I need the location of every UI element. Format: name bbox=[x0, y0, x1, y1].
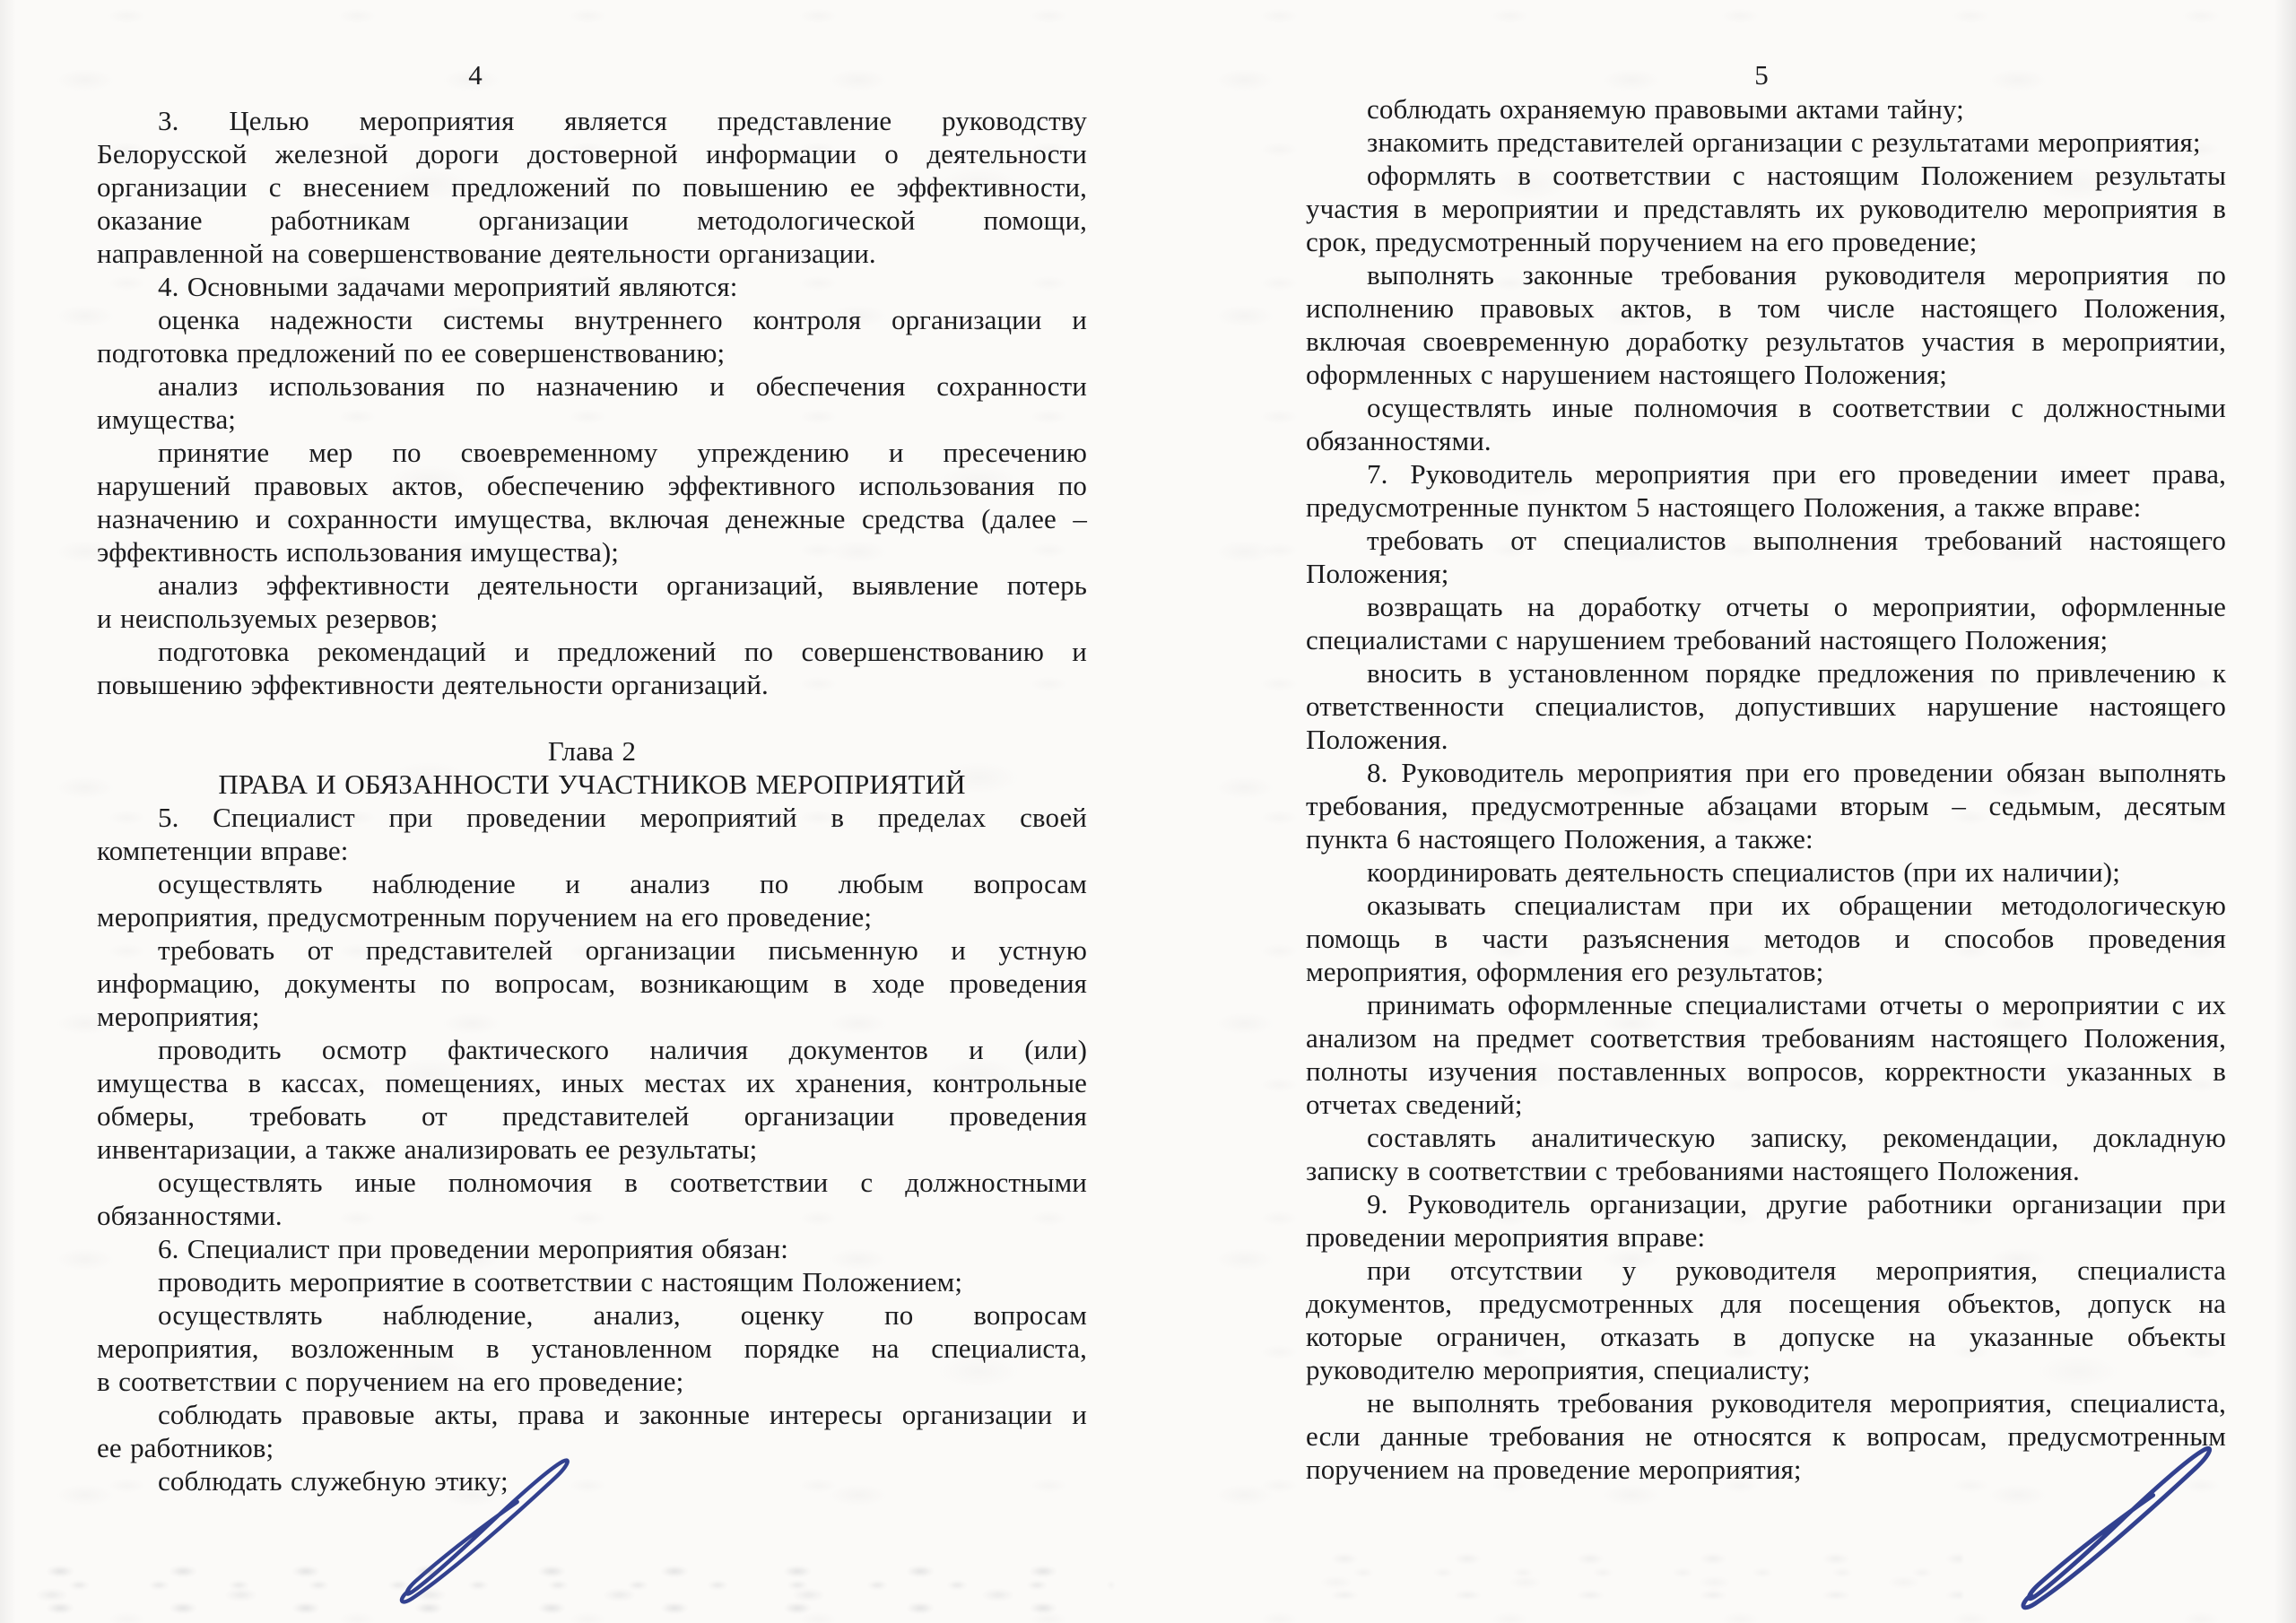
text-line: Положения. bbox=[1306, 723, 2226, 756]
text-line: документов, предусмотренных для посещени… bbox=[1306, 1287, 2226, 1320]
text-line: не выполнять требования руководителя мер… bbox=[1306, 1386, 2226, 1419]
text-line: участия в мероприятии и представлять их … bbox=[1306, 192, 2226, 225]
text-line: поручением на проведение мероприятия; bbox=[1306, 1453, 2226, 1486]
text-line: мероприятия; bbox=[97, 1000, 1087, 1033]
text-line: полноты изучения поставленных вопросов, … bbox=[1306, 1055, 2226, 1088]
text-line: 6. Специалист при проведении мероприятия… bbox=[97, 1232, 1087, 1265]
text-line: возвращать на доработку отчеты о меропри… bbox=[1306, 590, 2226, 623]
text-line: пункта 6 настоящего Положения, а также: bbox=[1306, 822, 2226, 855]
text-line: анализ использования по назначению и обе… bbox=[97, 369, 1087, 403]
text-line: информацию, документы по вопросам, возни… bbox=[97, 967, 1087, 1000]
text-line: осуществлять иные полномочия в соответст… bbox=[1306, 391, 2226, 424]
text-line: обязанностями. bbox=[97, 1199, 1087, 1232]
text-line: мероприятия, оформления его результатов; bbox=[1306, 955, 2226, 988]
text-line: отчетах сведений; bbox=[1306, 1088, 2226, 1121]
text-line: подготовка предложений по ее совершенств… bbox=[97, 336, 1087, 369]
text-line: требовать от представителей организации … bbox=[97, 933, 1087, 967]
text-line: выполнять законные требования руководите… bbox=[1306, 258, 2226, 291]
text-line: ее работников; bbox=[97, 1431, 1087, 1464]
blank-line bbox=[97, 701, 1087, 734]
text-line: при отсутствии у руководителя мероприяти… bbox=[1306, 1254, 2226, 1287]
page-5-text-block: соблюдать охраняемую правовыми актами та… bbox=[1306, 92, 2226, 1486]
text-line: соблюдать служебную этику; bbox=[97, 1464, 1087, 1497]
heading-line: ПРАВА И ОБЯЗАННОСТИ УЧАСТНИКОВ МЕРОПРИЯТ… bbox=[97, 768, 1087, 801]
text-line: осуществлять наблюдение, анализ, оценку … bbox=[97, 1298, 1087, 1332]
text-line: 7. Руководитель мероприятия при его пров… bbox=[1306, 457, 2226, 490]
text-line: срок, предусмотренный поручением на его … bbox=[1306, 225, 2226, 258]
text-line: анализ эффективности деятельности органи… bbox=[97, 568, 1087, 602]
text-line: оценка надежности системы внутреннего ко… bbox=[97, 303, 1087, 336]
text-line: оформлять в соответствии с настоящим Пол… bbox=[1306, 159, 2226, 192]
text-line: назначению и сохранности имущества, вклю… bbox=[97, 502, 1087, 535]
text-line: подготовка рекомендаций и предложений по… bbox=[97, 635, 1087, 668]
text-line: которые ограничен, отказать в допуске на… bbox=[1306, 1320, 2226, 1353]
text-line: имущества; bbox=[97, 403, 1087, 436]
text-line: 4. Основными задачами мероприятий являют… bbox=[97, 270, 1087, 303]
text-line: руководителю мероприятия, специалисту; bbox=[1306, 1353, 2226, 1386]
text-line: предусмотренные пунктом 5 настоящего Пол… bbox=[1306, 490, 2226, 524]
text-line: анализом на предмет соответствия требова… bbox=[1306, 1021, 2226, 1055]
text-line: проводить мероприятие в соответствии с н… bbox=[97, 1265, 1087, 1298]
page-number: 4 bbox=[448, 57, 502, 93]
text-line: исполнению правовых актов, в том числе н… bbox=[1306, 291, 2226, 325]
text-line: 3. Целью мероприятия является представле… bbox=[97, 104, 1087, 137]
text-line: включая своевременную доработку результа… bbox=[1306, 325, 2226, 358]
scan-edge-shadow bbox=[0, 0, 16, 1623]
text-line: если данные требования не относятся к во… bbox=[1306, 1419, 2226, 1453]
text-line: нарушений правовых актов, обеспечению эф… bbox=[97, 469, 1087, 502]
text-line: эффективность использования имущества); bbox=[97, 535, 1087, 568]
text-line: ответственности специалистов, допустивши… bbox=[1306, 690, 2226, 723]
text-line: мероприятия, предусмотренным поручением … bbox=[97, 900, 1087, 933]
text-line: принимать оформленные специалистами отче… bbox=[1306, 988, 2226, 1021]
document-page-5: 5 соблюдать охраняемую правовыми актами … bbox=[1306, 0, 2226, 1623]
text-line: специалистами с нарушением требований на… bbox=[1306, 623, 2226, 656]
text-line: осуществлять иные полномочия в соответст… bbox=[97, 1166, 1087, 1199]
text-line: и неиспользуемых резервов; bbox=[97, 602, 1087, 635]
text-line: обязанностями. bbox=[1306, 424, 2226, 457]
text-line: составлять аналитическую записку, рекоме… bbox=[1306, 1121, 2226, 1154]
document-page-4: 4 3. Целью мероприятия является представ… bbox=[97, 0, 1087, 1623]
text-line: проведении мероприятия вправе: bbox=[1306, 1220, 2226, 1254]
text-line: 5. Специалист при проведении мероприятий… bbox=[97, 801, 1087, 834]
text-line: осуществлять наблюдение и анализ по любы… bbox=[97, 867, 1087, 900]
text-line: принятие мер по своевременному упреждени… bbox=[97, 436, 1087, 469]
text-line: Положения; bbox=[1306, 557, 2226, 590]
scanned-document: 4 3. Целью мероприятия является представ… bbox=[0, 0, 2296, 1623]
text-line: вносить в установленном порядке предложе… bbox=[1306, 656, 2226, 690]
text-line: соблюдать правовые акты, права и законны… bbox=[97, 1398, 1087, 1431]
text-line: обмеры, требовать от представителей орга… bbox=[97, 1099, 1087, 1133]
text-line: знакомить представителей организации с р… bbox=[1306, 126, 2226, 159]
page-4-text-block: 3. Целью мероприятия является представле… bbox=[97, 104, 1087, 1497]
text-line: 9. Руководитель организации, другие рабо… bbox=[1306, 1187, 2226, 1220]
text-line: записку в соответствии с требованиями на… bbox=[1306, 1154, 2226, 1187]
text-line: соблюдать охраняемую правовыми актами та… bbox=[1306, 92, 2226, 126]
text-line: в соответствии с поручением на его прове… bbox=[97, 1365, 1087, 1398]
text-line: мероприятия, возложенным в установленном… bbox=[97, 1332, 1087, 1365]
text-line: проводить осмотр фактического наличия до… bbox=[97, 1033, 1087, 1066]
text-line: 8. Руководитель мероприятия при его пров… bbox=[1306, 756, 2226, 789]
text-line: координировать деятельность специалистов… bbox=[1306, 855, 2226, 889]
text-line: имущества в кассах, помещениях, иных мес… bbox=[97, 1066, 1087, 1099]
text-line: требования, предусмотренные абзацами вто… bbox=[1306, 789, 2226, 822]
heading-line: Глава 2 bbox=[97, 734, 1087, 768]
text-line: повышению эффективности деятельности орг… bbox=[97, 668, 1087, 701]
text-line: помощь в части разъяснения методов и спо… bbox=[1306, 922, 2226, 955]
text-line: Белорусской железной дороги достоверной … bbox=[97, 137, 1087, 170]
text-line: организации с внесением предложений по п… bbox=[97, 170, 1087, 204]
page-number: 5 bbox=[1735, 57, 1788, 93]
text-line: оказывать специалистам при их обращении … bbox=[1306, 889, 2226, 922]
scan-edge-shadow bbox=[2274, 0, 2296, 1623]
text-line: требовать от специалистов выполнения тре… bbox=[1306, 524, 2226, 557]
text-line: направленной на совершенствование деятел… bbox=[97, 237, 1087, 270]
text-line: оказание работникам организации методоло… bbox=[97, 204, 1087, 237]
text-line: оформленных с нарушением настоящего Поло… bbox=[1306, 358, 2226, 391]
text-line: компетенции вправе: bbox=[97, 834, 1087, 867]
text-line: инвентаризации, а также анализировать ее… bbox=[97, 1133, 1087, 1166]
